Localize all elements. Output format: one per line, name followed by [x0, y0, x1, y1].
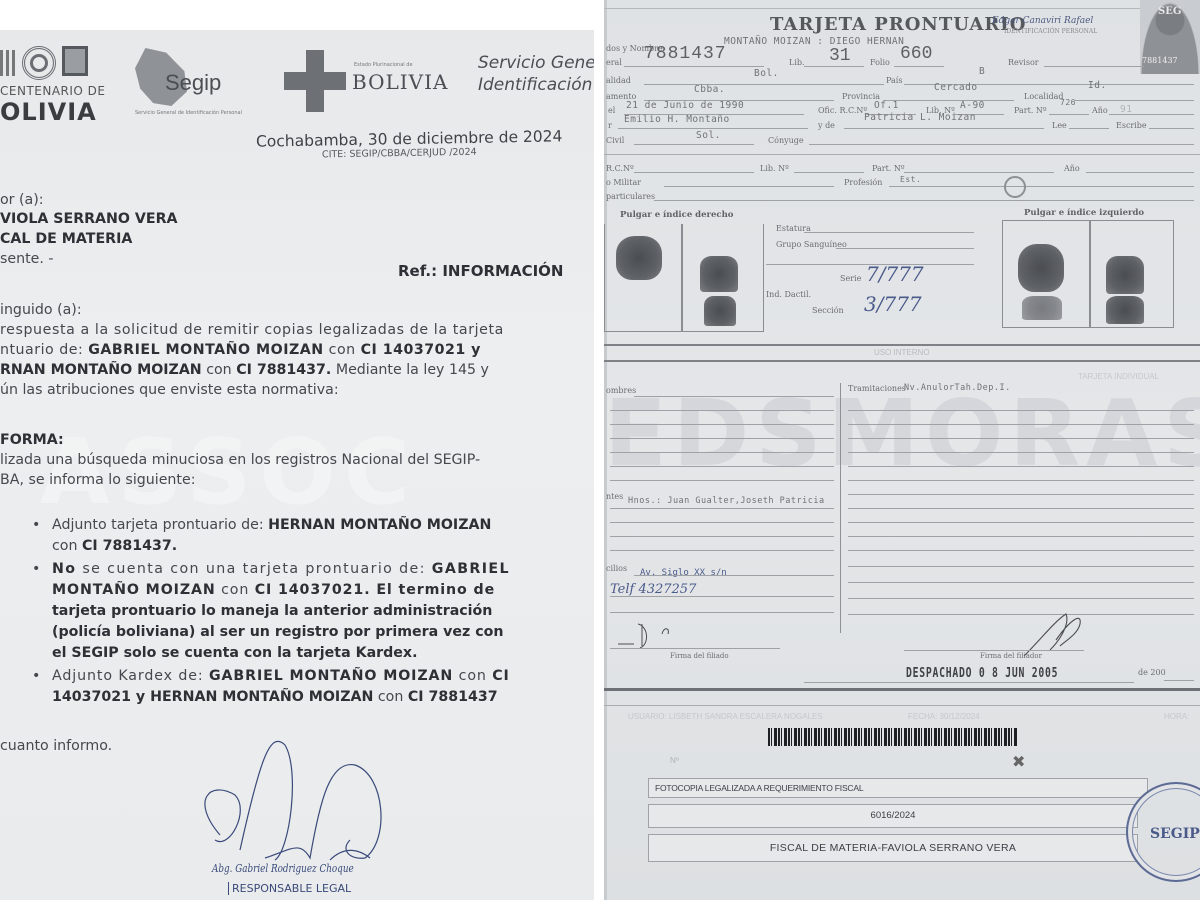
label-nombres: ombres [606, 386, 636, 395]
recipient-name: VIOLA SERRANO VERA [0, 211, 177, 227]
ruled-line [848, 424, 1194, 425]
person-name: GABRIEL MONTAÑO MOIZAN [209, 668, 453, 684]
signature-line [904, 650, 1084, 651]
field-line [844, 128, 1044, 129]
field-line [794, 172, 864, 173]
card-title: TARJETA PRONTUARIO [770, 14, 1026, 35]
section-rule [604, 154, 1200, 155]
state-small-text: Estado Plurinacional de [354, 62, 413, 68]
names: 14037021 y HERNAN MONTAÑO MOIZAN [52, 689, 373, 705]
value-pais: B [979, 66, 985, 77]
legal-recipient-box: FISCAL DE MATERIA-FAVIOLA SERRANO VERA [648, 834, 1138, 862]
text: con [324, 342, 361, 358]
field-line [634, 144, 754, 145]
value-part-n: 726 [1060, 98, 1076, 107]
field-line [889, 186, 1194, 187]
field-line [804, 232, 974, 233]
field-line [624, 66, 764, 67]
field-line [809, 144, 1194, 145]
photo-border [0, 0, 594, 30]
value-profesion: Est. [900, 175, 921, 184]
field-line [1069, 128, 1109, 129]
label-nacio: el [608, 106, 615, 115]
segip-subtitle: Servicio General de Identificación Perso… [135, 110, 242, 116]
service-line1: Servicio Gene [478, 52, 594, 74]
ruled-line [610, 522, 834, 523]
faint-right-text: TARJETA INDIVIDUAL [1078, 372, 1159, 381]
bullet3-line2: 14037021 y HERNAN MONTAÑO MOIZAN con CI … [52, 689, 498, 705]
bullet2-line3: tarjeta prontuario lo maneja la anterior… [52, 603, 492, 619]
bullet-dot: • [32, 517, 40, 533]
label-lib-n2: Lib. Nº [760, 164, 789, 173]
ruled-line [610, 596, 834, 597]
text: se cuenta con una tarjeta prontuario de: [76, 561, 431, 577]
label-profesion: Profesión [844, 178, 882, 187]
fingerprint-right-thumb [616, 236, 662, 280]
bullet2-line2: MONTAÑO MOIZAN con CI 14037021. El termi… [52, 582, 495, 598]
chakana-cross-icon [284, 50, 346, 112]
intro-line4: ún las atribuciones que enviste esta nor… [0, 382, 339, 398]
ruled-line [610, 612, 834, 613]
field-line [1109, 114, 1194, 115]
value-serie: 7/777 [866, 262, 924, 286]
label-ofic-rc: Ofic. R.C.Nº [818, 106, 867, 115]
bolivia-state-logo: Estado Plurinacional de BOLIVIA [284, 50, 454, 110]
official-letter: ASSOC CENTENARIO DE OLIVIA Segip Servici… [0, 0, 594, 900]
text: Mediante la ley 145 y [331, 362, 489, 378]
section-rule [604, 705, 1200, 706]
right-hand-title: Pulgar e índice derecho [620, 210, 733, 220]
faint-user: USUARIO: LISBETH SANDRA ESCALERA NOGALES [628, 712, 823, 721]
fingerprint-right-index-lower [704, 296, 736, 326]
emphasis: No [52, 561, 76, 577]
label-rc-n: R.C.Nº [606, 164, 634, 173]
left-hand-title: Pulgar e índice izquierdo [1024, 208, 1144, 218]
signer-role: RESPONSABLE LEGAL [228, 882, 351, 895]
bicentenario-logo: CENTENARIO DE OLIVIA [0, 44, 110, 124]
ruled-line [610, 536, 834, 537]
faint-header: USO INTERNO [874, 348, 930, 357]
value-domicilio: Av. Siglo XX s/n [640, 568, 727, 578]
ci-number: CI 7881437. [82, 538, 177, 554]
label-pais: País [886, 76, 902, 85]
informa-heading: FORMA: [0, 432, 64, 448]
faint-date: FECHA: 30/12/2024 [908, 712, 980, 721]
image-divider [594, 0, 604, 900]
field-line [644, 84, 884, 85]
field-line [1086, 172, 1194, 173]
intro-line3: RNAN MONTAÑO MOIZAN con CI 7881437. Medi… [0, 362, 489, 378]
signature-line [610, 648, 780, 649]
label-serie: Serie [840, 274, 861, 283]
spiral-icon [22, 46, 56, 80]
value-padre: Emilio H. Montaño [624, 114, 730, 125]
label-nacionalidad: alidad [606, 76, 631, 85]
close-x-icon: ✖ [1012, 752, 1025, 771]
bullet2-line4: (policía boliviana) al ser un registro p… [52, 624, 503, 640]
ruled-line [848, 438, 1194, 439]
ruled-line [610, 438, 834, 439]
value-telefono: Telf 4327257 [610, 582, 696, 597]
label-part-n2: Part. Nº [872, 164, 905, 173]
label-padre: r [608, 121, 612, 130]
section-rule [604, 688, 1200, 691]
bullet-dot: • [32, 561, 40, 577]
legal-recipient: FISCAL DE MATERIA-FAVIOLA SERRANO VERA [770, 842, 1016, 854]
fingerprint-left-thumb-lower [1022, 296, 1062, 320]
field-line [894, 66, 944, 67]
value-provincia: Cercado [934, 82, 978, 93]
seal-text: SEGIP [1150, 826, 1200, 842]
ci-number: CI 7881437 [408, 689, 498, 705]
field-line [1049, 114, 1089, 115]
ruled-line [610, 480, 834, 481]
service-line2: Identificación [478, 74, 594, 96]
ruled-line [848, 550, 1194, 551]
label-ind-dactil: Ind. Dactil. [766, 290, 811, 299]
fingerprint-left-index-lower [1106, 296, 1144, 324]
value-localidad: Id. [1088, 80, 1107, 91]
recipient-salutation: or (a): [0, 192, 44, 208]
text: con [52, 538, 82, 554]
label-conyuge: Cónyuge [768, 136, 804, 145]
label-folio: Folio [870, 58, 890, 67]
field-line [804, 66, 864, 67]
value-seccion: 3/777 [864, 292, 922, 316]
photo-number: 7881437 [1142, 56, 1178, 65]
bullet-dot: • [32, 668, 40, 684]
field-line [836, 248, 974, 249]
value-tramitaciones: Nv.AnulorTah.Dep.I. [904, 383, 1011, 393]
bullet3-line1: Adjunto Kardex de: GABRIEL MONTAÑO MOIZA… [52, 668, 510, 684]
handwritten-signature [180, 740, 440, 870]
ci-label: CI [492, 668, 510, 684]
informa-line2: BA, se informa lo siguiente: [0, 472, 196, 488]
logo-text-line1: CENTENARIO DE [0, 84, 106, 98]
ruled-line [848, 494, 1194, 495]
text: ntuario de: [0, 342, 88, 358]
ci-number: CI 14037021 y [361, 342, 481, 358]
field-line [634, 172, 754, 173]
faint-hour: HORA: [1164, 712, 1189, 721]
informa-line1: lizada una búsqueda minuciosa en los reg… [0, 452, 480, 468]
field-line [1149, 128, 1194, 129]
reference-line: Ref.: INFORMACIÓN [398, 262, 563, 280]
legal-number-box: 6016/2024 [648, 804, 1138, 828]
value-madre: Patricia L. Moizan [864, 112, 976, 123]
person-name: MONTAÑO MOIZAN [52, 582, 216, 598]
field-line [884, 100, 1014, 101]
label-firma-filiador: Firma del filiador [980, 652, 1042, 660]
bullet1-line2: con CI 7881437. [52, 538, 177, 554]
faint-number: Nº [670, 756, 679, 765]
text: con [373, 689, 408, 705]
bullet1-line1: Adjunto tarjeta prontuario de: HERNAN MO… [52, 517, 491, 533]
greeting: inguido (a): [0, 302, 82, 318]
text: con [453, 668, 492, 684]
intro-line1: respuesta a la solicitud de remitir copi… [0, 322, 504, 338]
signer-name: Abg. Gabriel Rodriguez Choque [212, 862, 354, 875]
field-line [1044, 66, 1144, 67]
field-line [664, 186, 834, 187]
ruled-line [848, 566, 1194, 567]
label-part-n: Part. Nº [1014, 106, 1047, 115]
label-lib: Lib. [789, 58, 805, 67]
value-departamento: Cbba. [694, 84, 725, 95]
label-madre: y de [818, 121, 835, 130]
segip-logo: Segip Servicio General de Identificación… [135, 48, 265, 124]
ruled-line [848, 522, 1194, 523]
state-name: BOLIVIA [352, 70, 448, 94]
text: Adjunto tarjeta prontuario de: [52, 517, 268, 533]
label-tramitaciones: Tramitaciones [848, 384, 906, 393]
text: con [202, 362, 237, 378]
recipient-presente: sente. - [0, 251, 54, 267]
ruled-line [848, 536, 1194, 537]
ruled-line [848, 508, 1194, 509]
ruled-line [610, 466, 834, 467]
top-subtitle: IDENTIFICACIÓN PERSONAL [1004, 28, 1097, 35]
label-testigos: ntes [606, 492, 623, 501]
text: con [216, 582, 255, 598]
ci-number: CI 14037021. El termino de [255, 582, 495, 598]
logo-text-line2: OLIVIA [0, 98, 97, 126]
value-ofic-rc: Of.1 [874, 100, 899, 111]
ruled-line [848, 466, 1194, 467]
label-seccion: Sección [812, 306, 844, 315]
label-particulares: particulares [606, 192, 655, 201]
label-de-200: de 200 [1138, 668, 1166, 677]
ruled-line [634, 575, 834, 576]
person-name: HERNAN MONTAÑO MOIZAN [268, 517, 491, 533]
section-rule [604, 360, 1200, 362]
label-general: eral [606, 58, 622, 67]
ruled-line [848, 452, 1194, 453]
ruled-line [610, 410, 834, 411]
value-general-number: 7881437 [644, 44, 727, 64]
person-name: GABRIEL [432, 561, 510, 577]
person-name: RNAN MONTAÑO MOIZAN [0, 362, 202, 378]
ruled-line [610, 508, 834, 509]
recipient-title: CAL DE MATERIA [0, 231, 132, 247]
ruled-line [848, 480, 1194, 481]
service-name: Servicio Gene Identificación [478, 52, 594, 96]
label-escribe: Escribe [1116, 121, 1147, 130]
logo-bars-icon [0, 50, 16, 76]
ruled-line [634, 396, 834, 397]
stamp-circle-icon [1004, 176, 1026, 198]
ruled-line [848, 598, 1194, 599]
value-birth: 21 de Junio de 1990 [626, 100, 744, 111]
legal-purpose: FOTOCOPIA LEGALIZADA A REQUERIMIENTO FIS… [655, 783, 863, 793]
value-lib: 31 [829, 46, 851, 66]
label-anio2: Año [1064, 164, 1080, 173]
bullet2-line1: No se cuenta con una tarjeta prontuario … [52, 561, 510, 577]
label-anio: Año [1092, 106, 1108, 115]
label-firma-filiado: Firma del filiado [670, 652, 729, 660]
value-estado-civil: Sol. [696, 130, 721, 141]
section-rule [604, 344, 1200, 346]
fingerprint-left-thumb [1018, 244, 1064, 292]
ruled-line [848, 410, 1194, 411]
fingerprint-right-index [700, 256, 738, 292]
label-domicilio: cilios [606, 564, 627, 573]
value-nacionalidad: Bol. [754, 68, 779, 79]
stamp-square-icon [62, 46, 88, 76]
legal-purpose-box: FOTOCOPIA LEGALIZADA A REQUERIMIENTO FIS… [648, 778, 1148, 798]
photo-label: SEG [1158, 6, 1181, 17]
column-divider [840, 383, 841, 633]
dispatch-stamp: DESPACHADO 0 8 JUN 2005 [906, 666, 1058, 681]
field-line [904, 172, 1054, 173]
ruled-line [610, 452, 834, 453]
letter-cite: CITE: SEGIP/CBBA/CERJUD /2024 [322, 147, 477, 161]
value-lib-n: A-90 [960, 100, 985, 111]
value-folio: 660 [900, 44, 932, 64]
value-name: MONTAÑO MOIZAN : DIEGO HERNAN [724, 36, 904, 47]
top-signature: Edgar Canaviri Rafael [992, 16, 1093, 26]
field-line [654, 200, 1194, 201]
legal-number: 6016/2024 [871, 810, 916, 821]
value-testigos: Hnos.: Juan Gualter,Joseth Patricia [628, 496, 825, 506]
label-localidad: Localidad [1024, 92, 1064, 101]
field-line [804, 682, 1134, 683]
ruled-line [610, 550, 834, 551]
top-rule [604, 8, 1200, 9]
fingerprint-left-index [1106, 256, 1144, 294]
label-servicio-militar: o Militar [606, 178, 641, 187]
ruled-line [610, 424, 834, 425]
tarjeta-prontuario-card: EDSMORAS TARJETA PRONTUARIO Edgar Canavi… [604, 0, 1200, 900]
segip-name: Segip [165, 70, 221, 96]
bullet2-line5: el SEGIP solo se cuenta con la tarjeta K… [52, 645, 417, 661]
field-line [1074, 100, 1194, 101]
label-lee: Lee [1052, 121, 1067, 130]
label-revisor: Revisor [1008, 58, 1039, 67]
field-line [1164, 680, 1194, 681]
barcode [768, 728, 1018, 746]
label-estado-civil: Civil [606, 136, 624, 145]
person-name: GABRIEL MONTAÑO MOIZAN [88, 342, 323, 358]
intro-line2: ntuario de: GABRIEL MONTAÑO MOIZAN con C… [0, 342, 481, 358]
closing-line: cuanto informo. [0, 738, 112, 754]
ruled-line [848, 582, 1194, 583]
ci-number: CI 7881437. [236, 362, 331, 378]
field-line [618, 128, 808, 129]
text: Adjunto Kardex de: [52, 668, 209, 684]
